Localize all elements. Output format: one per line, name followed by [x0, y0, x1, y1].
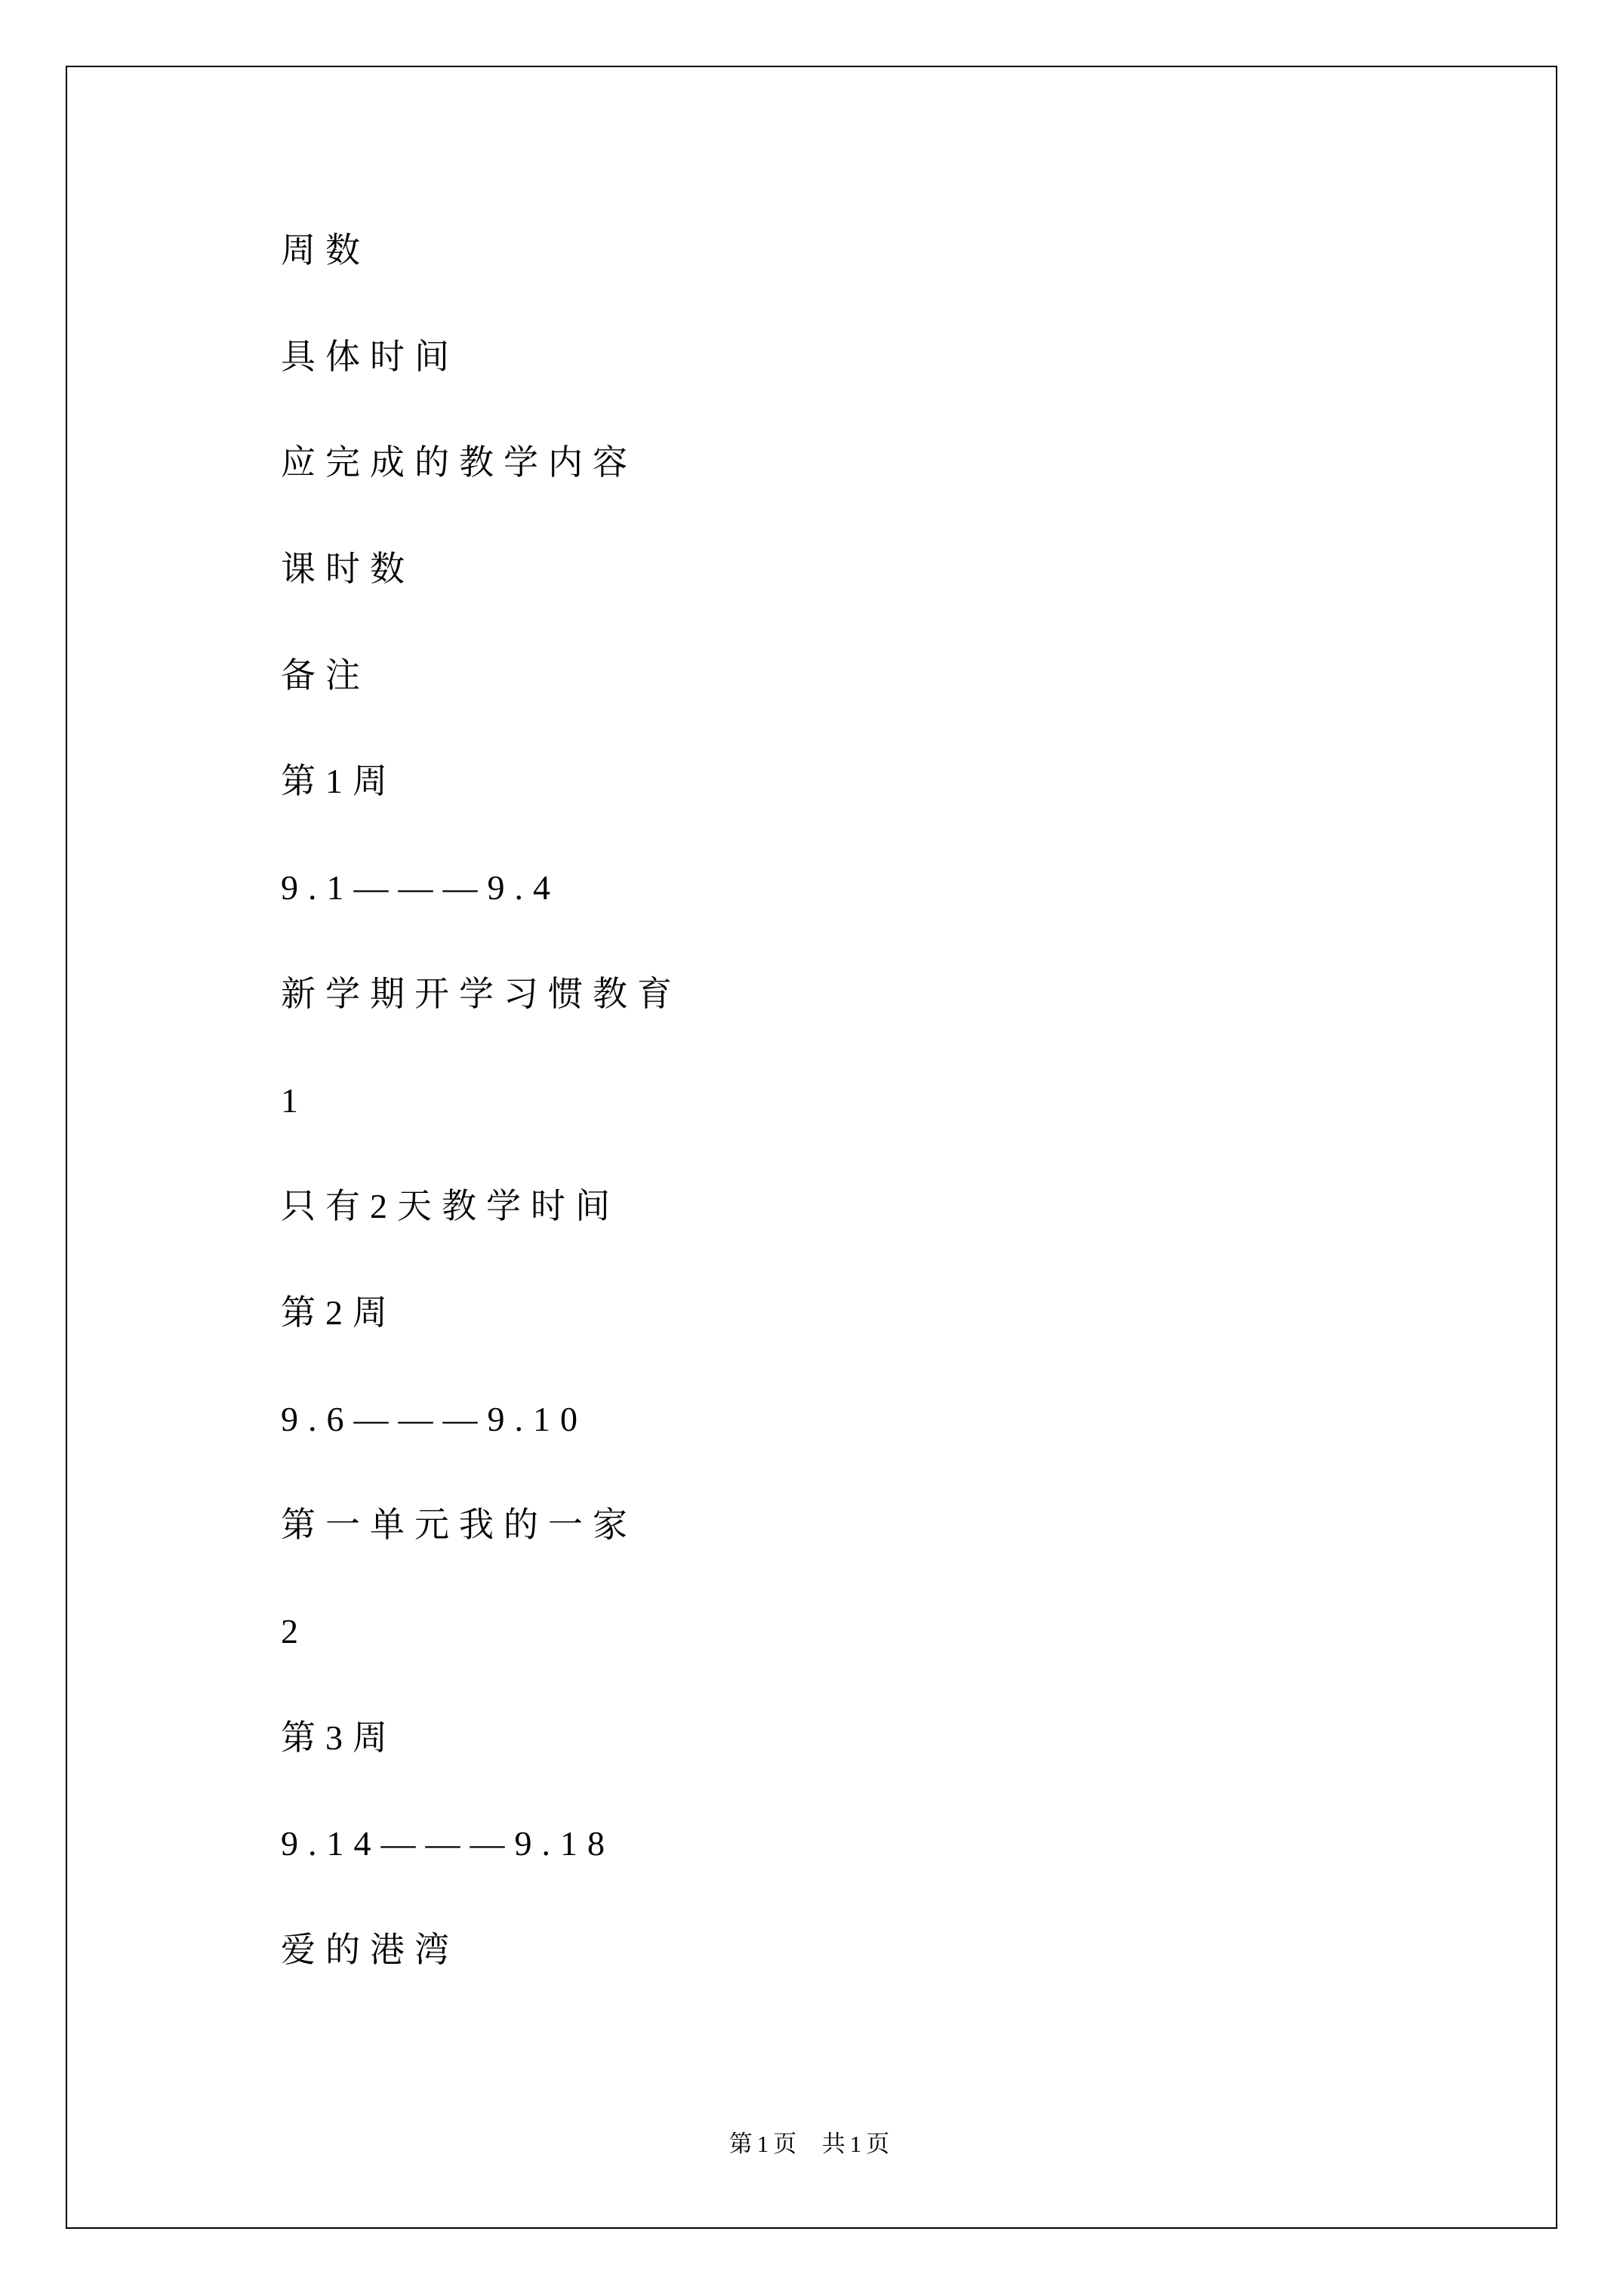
text-line: 周数 [281, 198, 1532, 304]
text-line: 第一单元我的一家 [281, 1472, 1532, 1579]
text-line: 9.1———9.4 [281, 835, 1532, 942]
text-line: 课时数 [281, 516, 1532, 623]
text-line: 只有2天教学时间 [281, 1154, 1532, 1260]
document-body: 周数 具体时间 应完成的教学内容 课时数 备注 第1周 9.1———9.4 新学… [281, 198, 1532, 2004]
text-line: 备注 [281, 623, 1532, 729]
text-line: 2 [281, 1579, 1532, 1685]
document-page: 周数 具体时间 应完成的教学内容 课时数 备注 第1周 9.1———9.4 新学… [0, 0, 1623, 2296]
text-line: 应完成的教学内容 [281, 410, 1532, 516]
text-line: 1 [281, 1048, 1532, 1154]
text-line: 具体时间 [281, 304, 1532, 411]
text-line: 第3周 [281, 1685, 1532, 1792]
page-footer: 第1页 共1页 [0, 2122, 1623, 2167]
text-line: 第1周 [281, 729, 1532, 835]
text-line: 新学期开学习惯教育 [281, 942, 1532, 1048]
text-line: 第2周 [281, 1260, 1532, 1367]
text-line: 9.14———9.18 [281, 1791, 1532, 1897]
text-line: 9.6———9.10 [281, 1367, 1532, 1473]
text-line: 爱的港湾 [281, 1897, 1532, 2004]
